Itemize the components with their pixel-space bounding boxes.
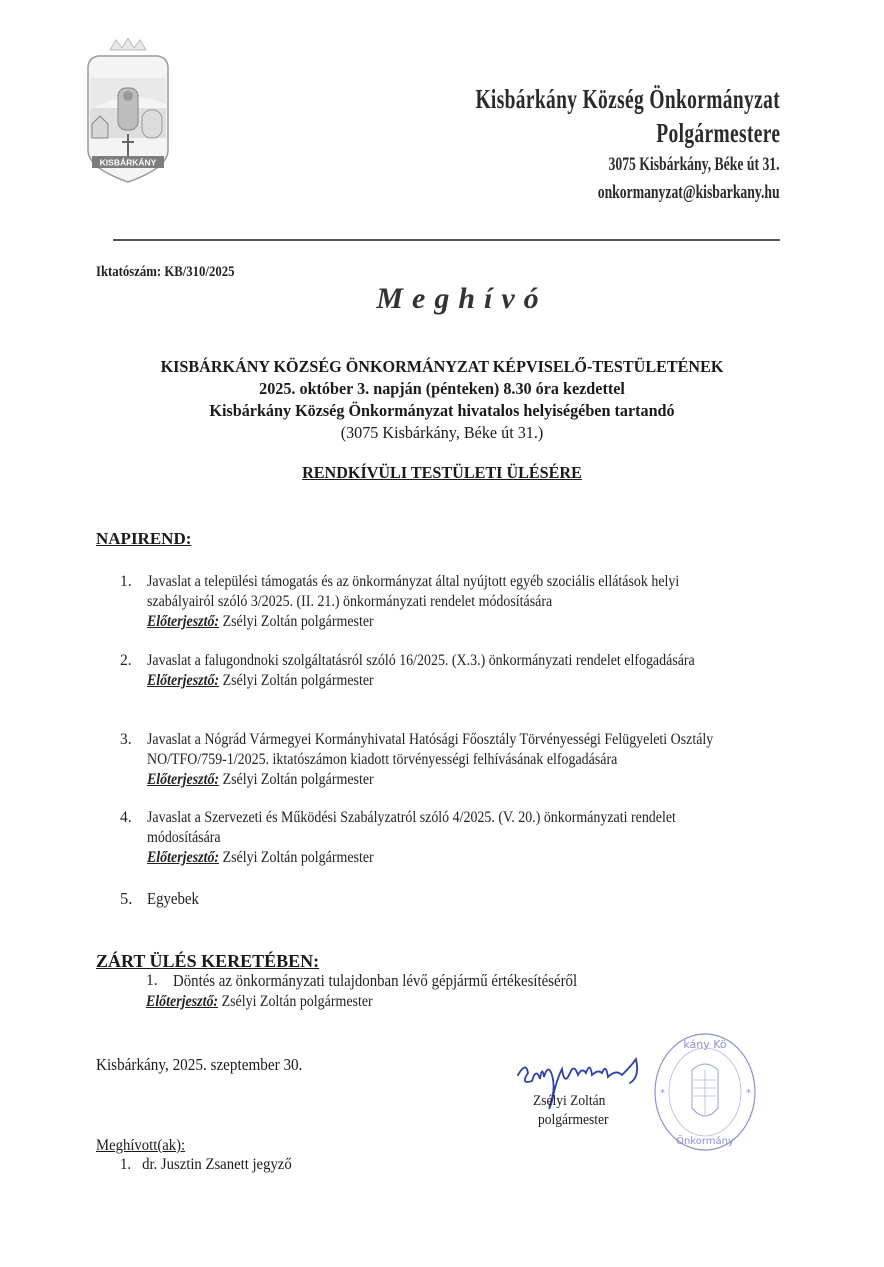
invited-item-number: 1. <box>120 1156 131 1173</box>
municipal-coat-of-arms-logo: KISBÁRKÁNY <box>80 38 176 188</box>
svg-text:Önkormány: Önkormány <box>676 1134 734 1147</box>
agenda-item-text: Javaslat a falugondnoki szolgáltatásról … <box>147 651 723 671</box>
agenda-item: 5. Egyebek <box>120 889 780 909</box>
agenda-item-number: 3. <box>120 730 144 750</box>
svg-text:kány Kö: kány Kö <box>683 1038 727 1051</box>
letterhead-address: 3075 Kisbárkány, Béke út 31. <box>609 154 780 176</box>
agenda-item-number: 2. <box>120 651 144 671</box>
closed-session-heading: ZÁRT ÜLÉS KERETÉBEN: <box>96 951 319 972</box>
letterhead-organization: Kisbárkány Község Önkormányzat <box>475 84 780 115</box>
svg-text:*: * <box>660 1088 665 1099</box>
svg-text:*: * <box>746 1088 751 1099</box>
svg-text:KISBÁRKÁNY: KISBÁRKÁNY <box>100 158 157 168</box>
signatory-role: polgármester <box>538 1112 608 1129</box>
agenda-item: 1. Javaslat a települési támogatás és az… <box>120 572 780 632</box>
invitation-recipient: KISBÁRKÁNY KÖZSÉG ÖNKORMÁNYZAT KÉPVISELŐ… <box>22 357 862 377</box>
closed-session-item: 1. Döntés az önkormányzati tulajdonban l… <box>146 971 806 991</box>
letterhead-email: onkormanyzat@kisbarkany.hu <box>598 182 780 204</box>
agenda-item-number: 4. <box>120 808 144 828</box>
signatory-name: Zsélyi Zoltán <box>533 1093 605 1110</box>
agenda-item-presenter: Előterjesztő: Zsélyi Zoltán polgármester <box>147 671 795 691</box>
closed-session-item-number: 1. <box>146 971 170 991</box>
agenda-item: 4. Javaslat a Szervezeti és Működési Sza… <box>120 808 780 868</box>
reference-number: Iktatószám: KB/310/2025 <box>96 264 234 281</box>
official-stamp: kány Kö Önkormány * * <box>650 1030 760 1155</box>
agenda-item-presenter: Előterjesztő: Zsélyi Zoltán polgármester <box>147 770 795 790</box>
agenda-item-number: 5. <box>120 889 144 909</box>
letterhead-office: Polgármestere <box>656 118 780 149</box>
invited-item-text: dr. Jusztin Zsanett jegyző <box>142 1156 292 1173</box>
agenda-heading: NAPIREND: <box>96 529 191 549</box>
agenda-item: 2. Javaslat a falugondnoki szolgáltatásr… <box>120 651 780 691</box>
header-divider <box>113 239 780 241</box>
document-title: Meghívó <box>0 282 884 316</box>
closed-session-item-text: Döntés az önkormányzati tulajdonban lévő… <box>173 971 821 991</box>
closed-session-presenter: Előterjesztő: Zsélyi Zoltán polgármester <box>146 992 806 1012</box>
agenda-item-number: 1. <box>120 572 144 592</box>
invitation-address: (3075 Kisbárkány, Béke út 31.) <box>22 423 862 443</box>
place-and-date: Kisbárkány, 2025. szeptember 30. <box>96 1055 302 1075</box>
agenda-item-text: Egyebek <box>147 889 795 909</box>
agenda-item: 3. Javaslat a Nógrád Vármegyei Kormányhi… <box>120 730 780 790</box>
agenda-item-text: Javaslat a Szervezeti és Működési Szabál… <box>147 808 741 848</box>
invited-item: 1. dr. Jusztin Zsanett jegyző <box>120 1156 292 1174</box>
agenda-item-presenter: Előterjesztő: Zsélyi Zoltán polgármester <box>147 848 795 868</box>
invitation-venue: Kisbárkány Község Önkormányzat hivatalos… <box>22 401 862 421</box>
invited-heading: Meghívott(ak): <box>96 1137 185 1155</box>
agenda-item-text: Javaslat a települési támogatás és az ön… <box>147 572 687 612</box>
invitation-date-time: 2025. október 3. napján (pénteken) 8.30 … <box>22 379 862 399</box>
meeting-type: RENDKÍVÜLI TESTÜLETI ÜLÉSÉRE <box>22 463 862 483</box>
agenda-item-text: Javaslat a Nógrád Vármegyei Kormányhivat… <box>147 730 777 770</box>
agenda-item-presenter: Előterjesztő: Zsélyi Zoltán polgármester <box>147 612 795 632</box>
